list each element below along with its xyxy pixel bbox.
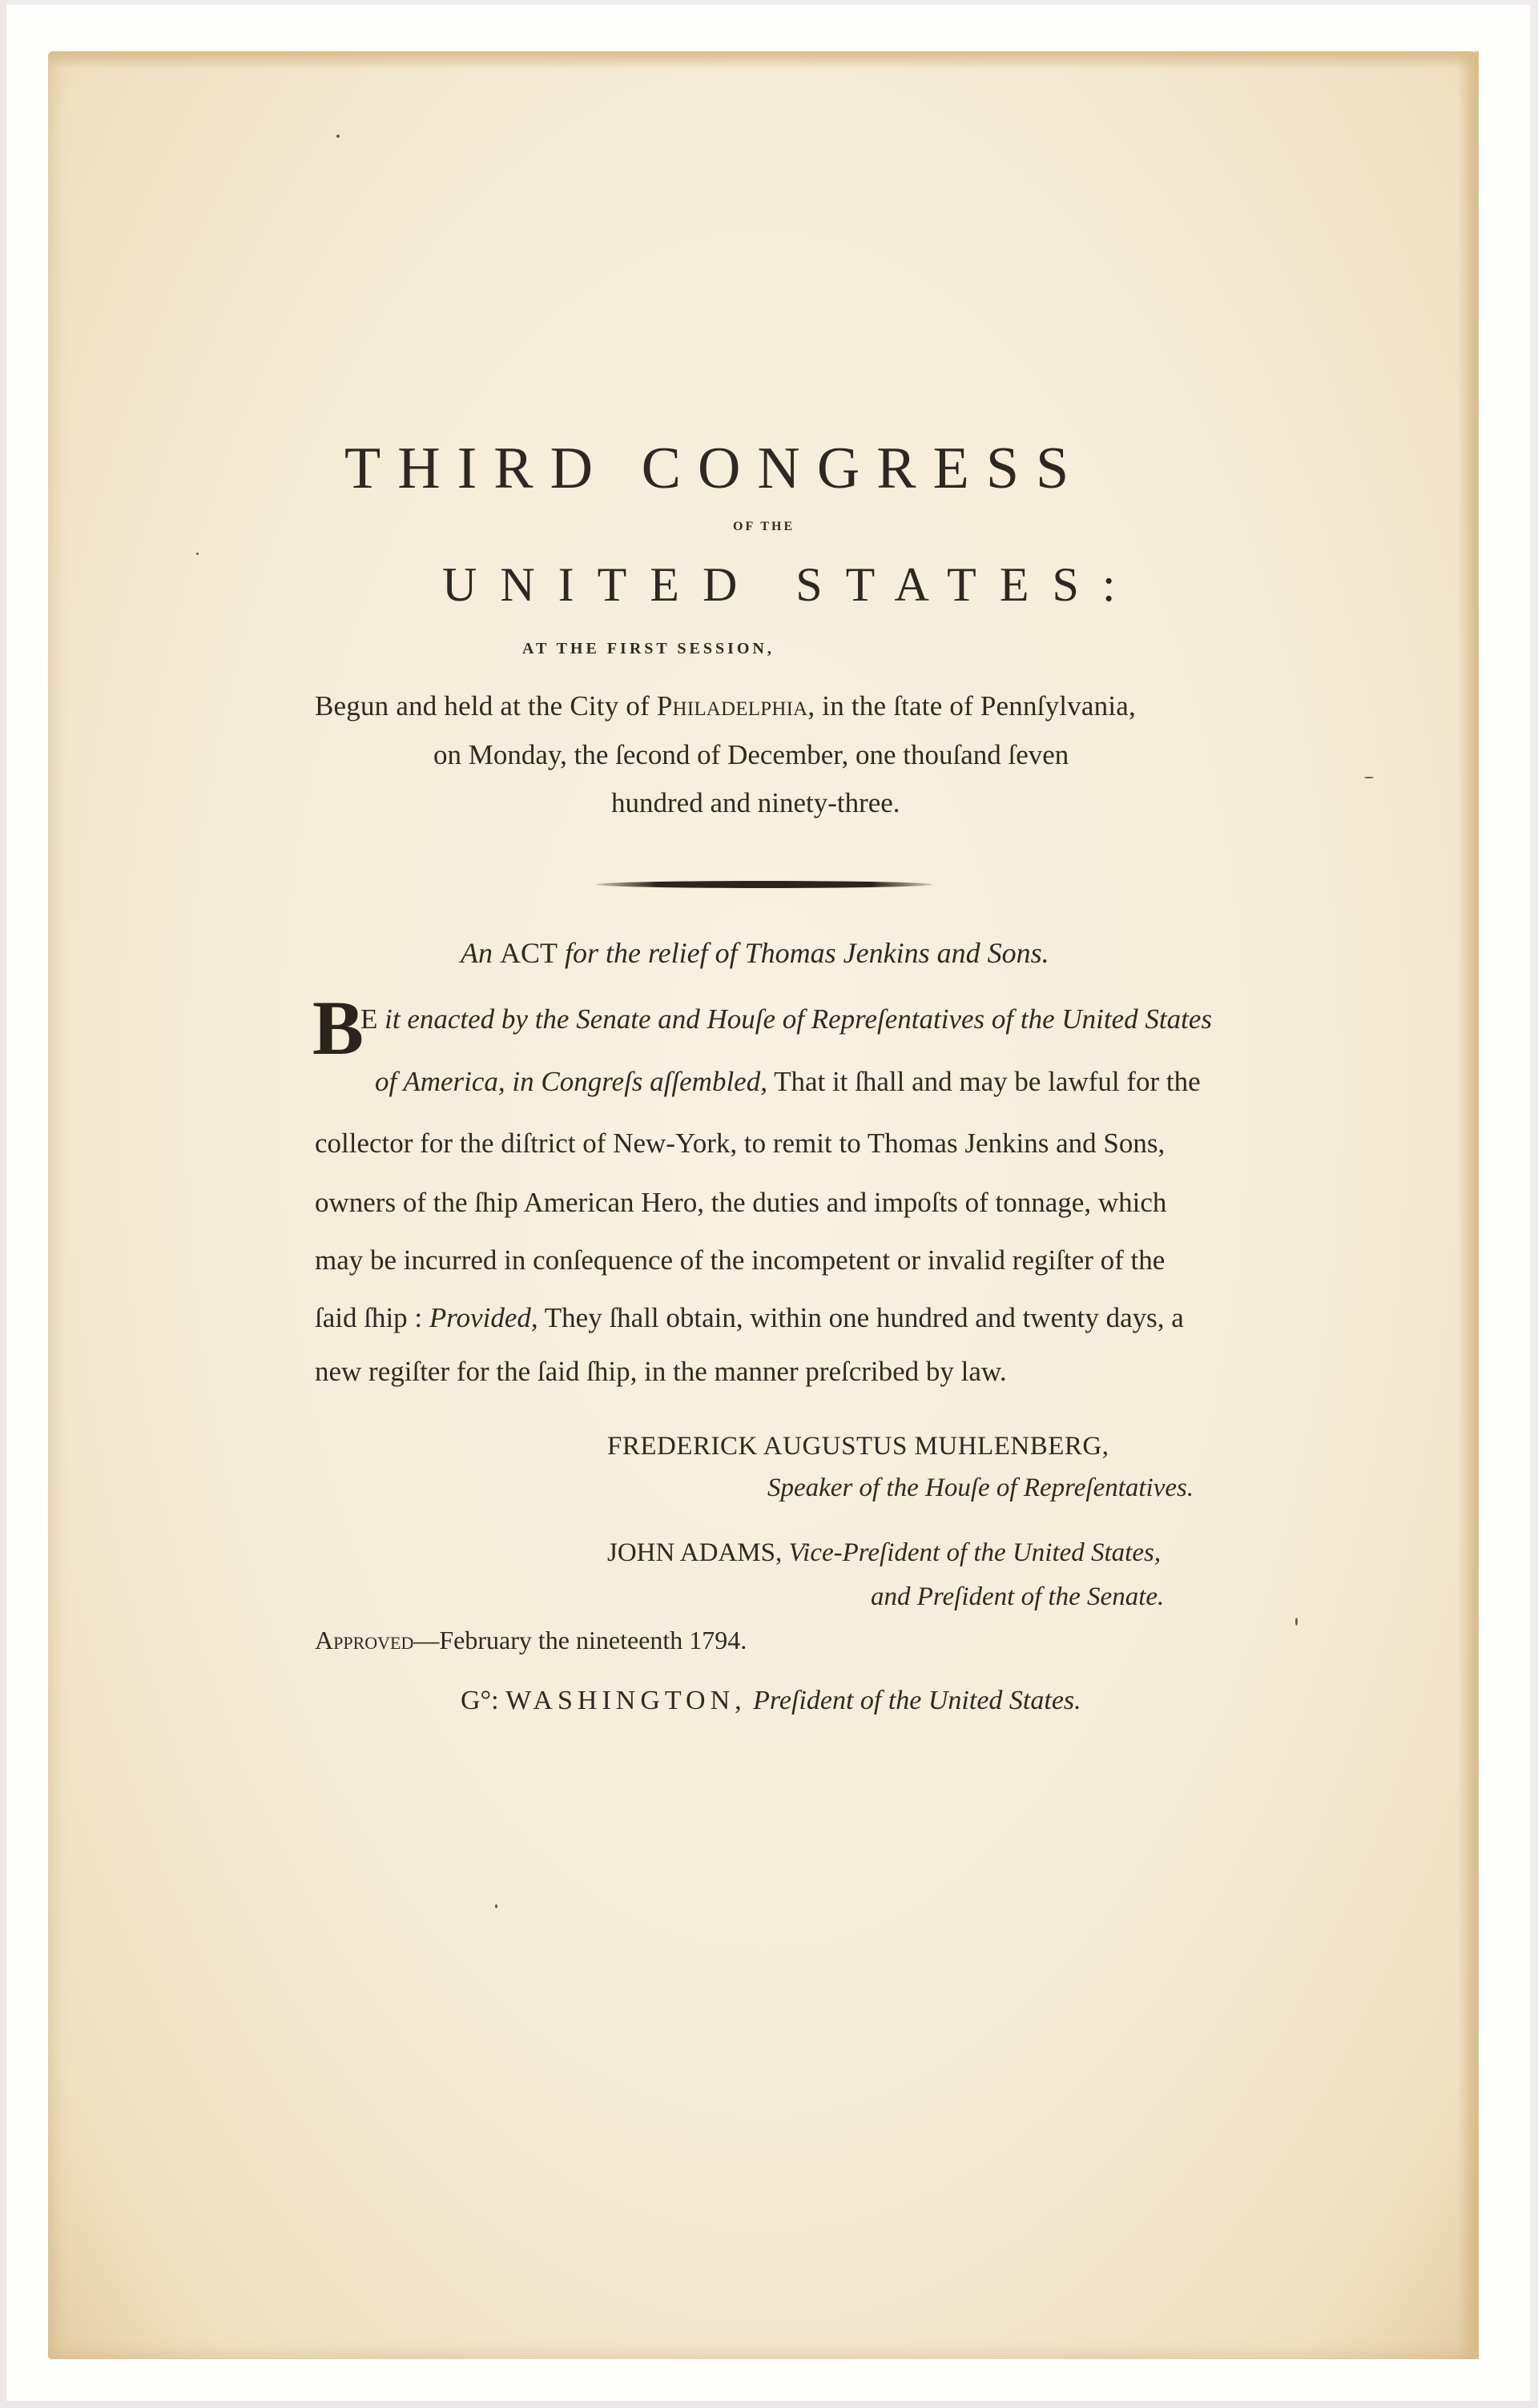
body-line-6-italic: Provided, [429, 1302, 538, 1333]
president-name: WASHINGTON, [505, 1686, 747, 1715]
decorative-rule [596, 881, 932, 888]
paper-edge-right [1458, 51, 1479, 2359]
act-title: An ACT for the relief of Thomas Jenkins … [461, 939, 1049, 967]
body-line-1-cap: E [360, 1003, 377, 1035]
body-line-2: of America, in Congreſs aſſembled, That … [375, 1067, 1201, 1095]
approved-label: Approved [315, 1626, 413, 1654]
city-name: Philadelphia [657, 690, 808, 722]
body-line-7: new regiſter for the ſaid ſhip, in the m… [315, 1357, 1007, 1385]
vice-president-name: JOHN ADAMS, [607, 1538, 782, 1567]
paper-speck [196, 553, 199, 555]
paper-speck [1364, 777, 1374, 778]
body-line-6-pre: ſaid ſhip : [315, 1302, 429, 1333]
president-prefix: G°: [461, 1686, 505, 1715]
begun-line: Begun and held at the City of Philadelph… [315, 692, 1136, 720]
title-united-states: UNITED STATES: [442, 561, 1139, 609]
date-line-2: hundred and ninety-three. [611, 789, 900, 817]
vice-president-title: Vice-Preſident of the United States, [782, 1538, 1161, 1567]
date-line-1: on Monday, the ſecond of December, one t… [433, 741, 1069, 769]
act-title-post: for the relief of Thomas Jenkins and Son… [558, 937, 1049, 969]
president-title: Preſident of the United States. [747, 1686, 1081, 1715]
body-line-6-post: They ſhall obtain, within one hundred an… [538, 1302, 1184, 1333]
act-title-act: ACT [500, 937, 558, 969]
scan-border-bottom [0, 2401, 1538, 2408]
scan-border-top [0, 0, 1538, 5]
approved-date: —February the nineteenth 1794. [413, 1626, 747, 1654]
title-third-congress: THIRD CONGRESS [344, 439, 1085, 498]
paper-speck [1295, 1618, 1298, 1626]
drop-cap: B [312, 990, 364, 1067]
approved-line: Approved—February the nineteenth 1794. [315, 1627, 747, 1653]
scan-border-left [0, 0, 6, 2408]
paper-edge-top [48, 51, 1479, 69]
body-line-1: E it enacted by the Senate and Houſe of … [360, 1005, 1212, 1033]
body-line-4: owners of the ſhip American Hero, the du… [315, 1188, 1166, 1216]
body-line-5: may be incurred in conſequence of the in… [315, 1246, 1165, 1274]
body-line-6: ſaid ſhip : Provided, They ſhall obtain,… [315, 1304, 1184, 1332]
session-line: AT THE FIRST SESSION, [522, 641, 775, 657]
speaker-title: Speaker of the Houſe of Repreſentatives. [767, 1475, 1194, 1501]
paper-speck [495, 1904, 497, 1908]
vice-president-line: JOHN ADAMS, Vice-Preſident of the United… [607, 1540, 1161, 1566]
begun-pre: Begun and held at the City of [315, 690, 657, 722]
speaker-name: FREDERICK AUGUSTUS MUHLENBERG, [607, 1433, 1109, 1460]
president-line: G°: WASHINGTON, Preſident of the United … [461, 1687, 1081, 1715]
begun-post: , in the ſtate of Pennſylvania, [807, 690, 1136, 722]
act-title-pre: An [461, 937, 500, 969]
title-of-the: OF THE [733, 521, 795, 533]
senate-president-title: and Preſident of the Senate. [871, 1584, 1164, 1610]
body-line-3: collector for the diſtrict of New-York, … [315, 1129, 1165, 1157]
body-line-2-italic: of America, in Congreſs aſſembled, [375, 1066, 767, 1097]
paper-speck [336, 135, 340, 138]
scan-border-right [1530, 0, 1538, 2408]
body-line-2-roman: That it ſhall and may be lawful for the [767, 1066, 1201, 1097]
body-line-1-italic: it enacted by the Senate and Houſe of Re… [377, 1003, 1212, 1035]
